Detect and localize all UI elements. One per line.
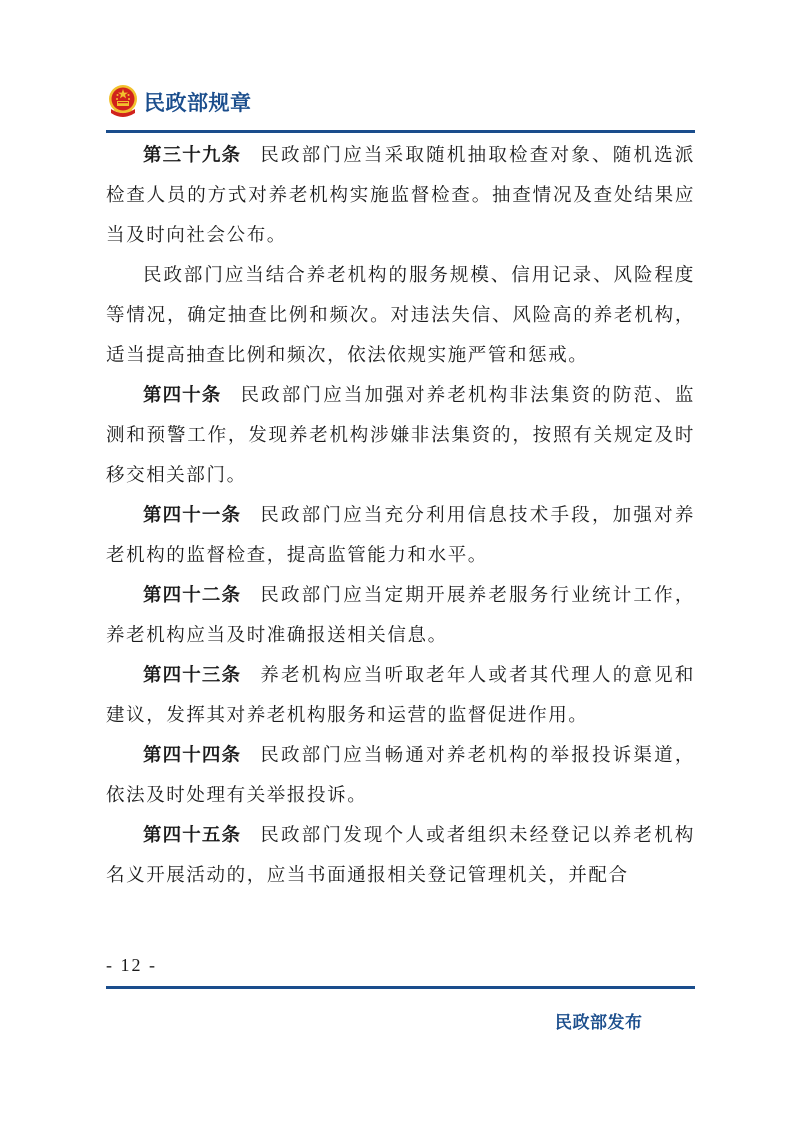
article-45: 第四十五条民政部门发现个人或者组织未经登记以养老机构名义开展活动的，应当书面通报…	[106, 816, 695, 896]
article-number: 第四十四条	[143, 745, 241, 766]
header-divider	[106, 130, 695, 133]
header-title: 民政部规章	[144, 87, 252, 117]
footer-publisher: 民政部发布	[555, 1008, 643, 1033]
footer-divider	[106, 986, 695, 989]
article-40: 第四十条民政部门应当加强对养老机构非法集资的防范、监测和预警工作，发现养老机构涉…	[106, 376, 695, 496]
article-41: 第四十一条民政部门应当充分利用信息技术手段，加强对养老机构的监督检查，提高监管能…	[106, 496, 695, 576]
article-42: 第四十二条民政部门应当定期开展养老服务行业统计工作，养老机构应当及时准确报送相关…	[106, 576, 695, 656]
article-number: 第四十二条	[143, 585, 241, 606]
article-number: 第四十一条	[143, 505, 241, 526]
article-number: 第四十三条	[143, 665, 241, 686]
article-number: 第四十条	[143, 385, 221, 406]
article-text: 民政部门应当结合养老机构的服务规模、信用记录、风险程度等情况，确定抽查比例和频次…	[106, 265, 695, 366]
article-number: 第三十九条	[143, 145, 241, 166]
article-number: 第四十五条	[143, 825, 241, 846]
document-header: 民政部规章	[106, 82, 252, 122]
document-body: 第三十九条民政部门应当采取随机抽取检查对象、随机选派检查人员的方式对养老机构实施…	[106, 136, 695, 896]
article-39-para-2: 民政部门应当结合养老机构的服务规模、信用记录、风险程度等情况，确定抽查比例和频次…	[106, 256, 695, 376]
article-39-para-1: 第三十九条民政部门应当采取随机抽取检查对象、随机选派检查人员的方式对养老机构实施…	[106, 136, 695, 256]
article-43: 第四十三条养老机构应当听取老年人或者其代理人的意见和建议，发挥其对养老机构服务和…	[106, 656, 695, 736]
article-44: 第四十四条民政部门应当畅通对养老机构的举报投诉渠道，依法及时处理有关举报投诉。	[106, 736, 695, 816]
page-number: - 12 -	[106, 955, 157, 976]
national-emblem-icon	[106, 83, 140, 121]
